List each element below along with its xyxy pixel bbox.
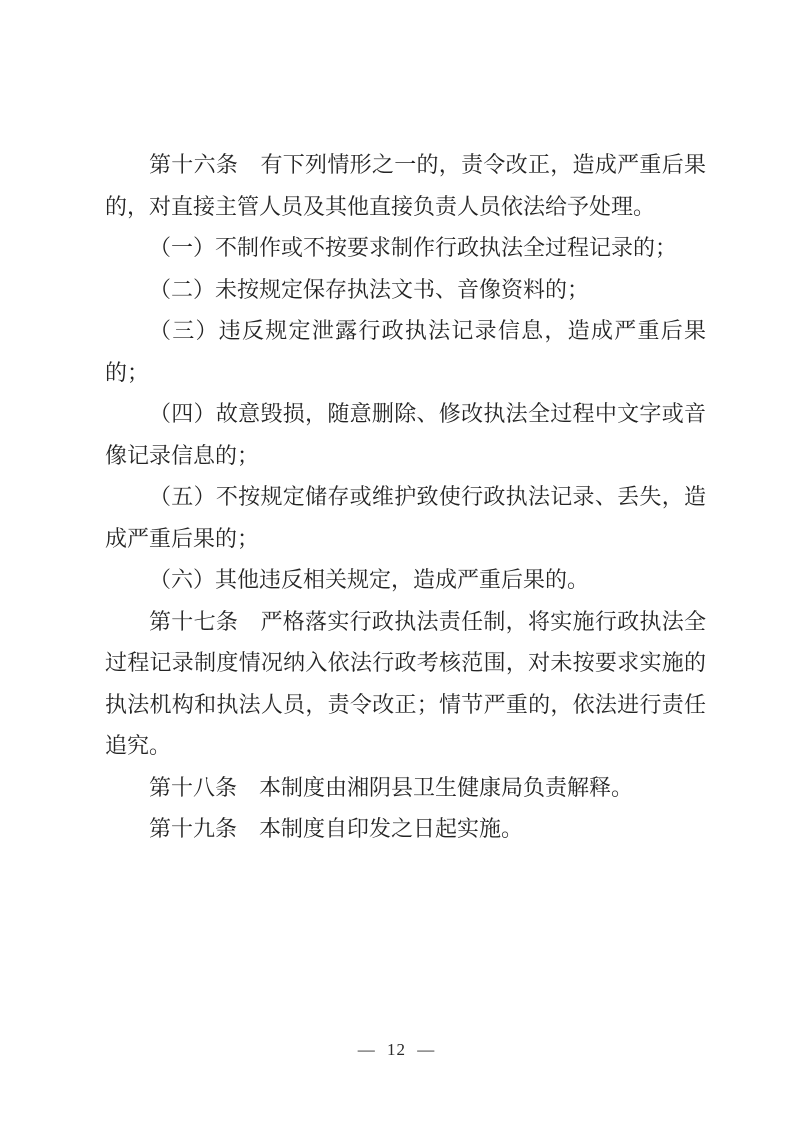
article-19-paragraph: 第十九条 本制度自印发之日起实施。: [105, 808, 706, 850]
article-17-paragraph: 第十七条 严格落实行政执法责任制，将实施行政执法全过程记录制度情况纳入依法行政考…: [105, 601, 706, 767]
article-16-item-6: （六）其他违反相关规定，造成严重后果的。: [105, 559, 706, 601]
page-footer: — 12 —: [0, 1040, 793, 1060]
article-16-item-4: （四）故意毁损，随意删除、修改执法全过程中文字或音像记录信息的；: [105, 393, 706, 476]
article-16-item-5: （五）不按规定储存或维护致使行政执法记录、丢失，造成严重后果的；: [105, 476, 706, 559]
article-16-item-1: （一）不制作或不按要求制作行政执法全过程记录的；: [105, 227, 706, 269]
article-16-paragraph: 第十六条 有下列情形之一的，责令改正，造成严重后果的，对直接主管人员及其他直接负…: [105, 144, 706, 227]
document-body: 第十六条 有下列情形之一的，责令改正，造成严重后果的，对直接主管人员及其他直接负…: [105, 144, 706, 850]
document-page: 第十六条 有下列情形之一的，责令改正，造成严重后果的，对直接主管人员及其他直接负…: [0, 0, 793, 1122]
page-number: — 12 —: [358, 1040, 436, 1059]
article-16-item-3: （三）违反规定泄露行政执法记录信息，造成严重后果的；: [105, 310, 706, 393]
article-18-paragraph: 第十八条 本制度由湘阴县卫生健康局负责解释。: [105, 767, 706, 809]
article-16-item-2: （二）未按规定保存执法文书、音像资料的；: [105, 269, 706, 311]
